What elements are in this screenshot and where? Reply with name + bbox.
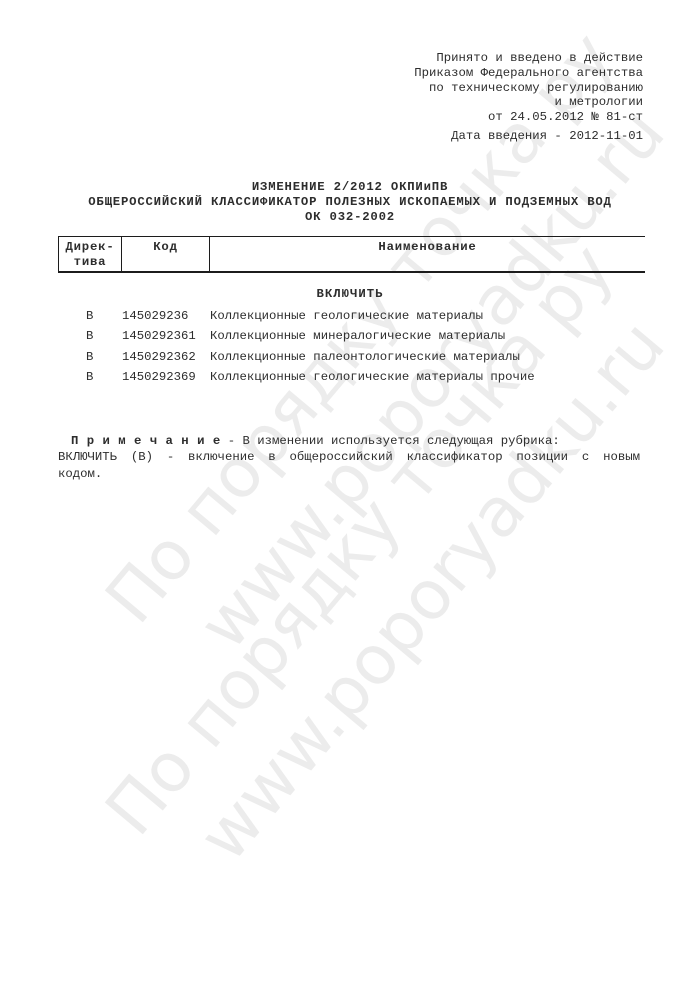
row-name: Коллекционные геологические материалы пр… [210, 367, 645, 387]
title-line-3: ОК 032-2002 [0, 210, 700, 225]
row-code: 1450292362 [122, 347, 210, 367]
row-name: Коллекционные палеонтологические материа… [210, 347, 645, 367]
table-row: В 1450292362 Коллекционные палеонтологич… [58, 347, 645, 367]
classifier-rows: В 145029236 Коллекционные геологические … [58, 306, 645, 387]
table-row: В 1450292369 Коллекционные геологические… [58, 367, 645, 387]
column-header-directive-line2: тива [59, 255, 121, 270]
introduction-date: Дата введения - 2012-11-01 [451, 129, 643, 143]
adoption-line: по техническому регулированию [414, 81, 643, 96]
note-block: П р и м е ч а н и е- В изменении использ… [58, 433, 640, 482]
column-header-directive-line1: Дирек- [59, 240, 121, 255]
title-line-2: ОБЩЕРОССИЙСКИЙ КЛАССИФИКАТОР ПОЛЕЗНЫХ ИС… [0, 195, 700, 210]
row-directive: В [58, 326, 122, 346]
adoption-line: от 24.05.2012 № 81-ст [414, 110, 643, 125]
adoption-line: Приказом Федерального агентства [414, 66, 643, 81]
adoption-line: Принято и введено в действие [414, 51, 643, 66]
column-header-directive: Дирек- тива [59, 237, 122, 271]
classifier-table-header: Дирек- тива Код Наименование [58, 236, 645, 273]
row-code: 145029236 [122, 306, 210, 326]
note-label: П р и м е ч а н и е [71, 434, 221, 448]
table-row: В 145029236 Коллекционные геологические … [58, 306, 645, 326]
column-header-code: Код [122, 237, 210, 271]
adoption-block: Принято и введено в действие Приказом Фе… [414, 51, 643, 125]
row-directive: В [58, 347, 122, 367]
row-directive: В [58, 306, 122, 326]
adoption-line: и метрологии [414, 95, 643, 110]
row-directive: В [58, 367, 122, 387]
document-page: По порядку точка ру www.poporyadku.ru По… [0, 0, 700, 990]
row-code: 1450292361 [122, 326, 210, 346]
title-line-1: ИЗМЕНЕНИЕ 2/2012 ОКПИиПВ [0, 180, 700, 195]
note-line-2: ВКЛЮЧИТЬ (В) - включение в общероссийски… [58, 449, 640, 465]
row-name: Коллекционные минералогические материалы [210, 326, 645, 346]
section-heading-include: ВКЛЮЧИТЬ [0, 287, 700, 301]
row-code: 1450292369 [122, 367, 210, 387]
note-line-1-rest: - В изменении используется следующая руб… [228, 434, 560, 448]
table-row: В 1450292361 Коллекционные минералогичес… [58, 326, 645, 346]
note-line-3: кодом. [58, 466, 640, 482]
note-line-1: П р и м е ч а н и е- В изменении использ… [58, 433, 640, 449]
column-header-name: Наименование [210, 237, 645, 271]
row-name: Коллекционные геологические материалы [210, 306, 645, 326]
document-title: ИЗМЕНЕНИЕ 2/2012 ОКПИиПВ ОБЩЕРОССИЙСКИЙ … [0, 180, 700, 225]
